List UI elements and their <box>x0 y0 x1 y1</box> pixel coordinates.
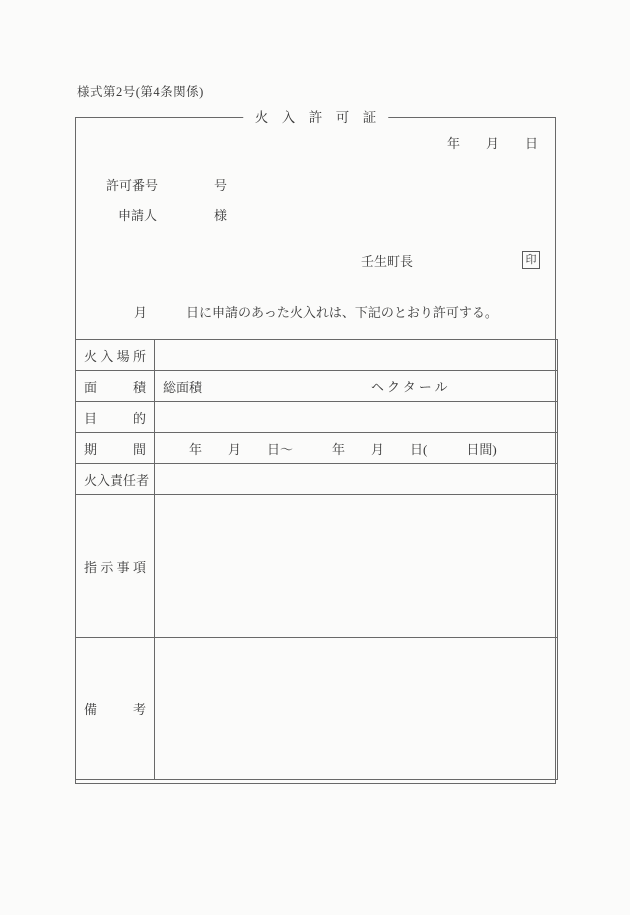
responsible-person-value-cell <box>155 464 558 495</box>
table-row-area: 面積 総面積 ヘクタール <box>76 371 558 402</box>
area-label-cell: 面積 <box>76 371 155 402</box>
fire-location-value-cell <box>155 340 558 371</box>
purpose-label-cell: 目的 <box>76 402 155 433</box>
purpose-label: 目的 <box>84 408 146 427</box>
period-date-template: 年 月 日〜 年 月 日( 日間) <box>163 442 497 457</box>
document-page: 様式第2号(第4条関係) 火 入 許 可 証 年 月 日 許可番号 号 申請人 … <box>0 0 630 915</box>
fire-location-label-cell: 火入場所 <box>76 340 155 371</box>
permit-certificate-box: 火 入 許 可 証 年 月 日 許可番号 号 申請人 様 壬生町長 印 月 日に… <box>75 117 556 784</box>
remarks-value-cell <box>155 638 558 780</box>
permit-number-label: 許可番号 <box>106 175 158 194</box>
hectare-unit-label: ヘクタール <box>371 377 450 396</box>
table-row-instructions: 指示事項 <box>76 495 558 638</box>
instructions-label-cell: 指示事項 <box>76 495 155 638</box>
issuer-name: 壬生町長 <box>361 251 413 270</box>
period-value-cell: 年 月 日〜 年 月 日( 日間) <box>155 433 558 464</box>
period-label: 期間 <box>84 439 146 458</box>
responsible-person-label-cell: 火入責任者 <box>76 464 155 495</box>
permit-number-suffix: 号 <box>214 175 227 194</box>
responsible-person-label: 火入責任者 <box>84 470 146 489</box>
instructions-label: 指示事項 <box>84 557 146 576</box>
table-row-period: 期間 年 月 日〜 年 月 日( 日間) <box>76 433 558 464</box>
area-value-cell: 総面積 ヘクタール <box>155 371 558 402</box>
table-row-fire-location: 火入場所 <box>76 340 558 371</box>
purpose-value-cell <box>155 402 558 433</box>
area-label: 面積 <box>84 377 146 396</box>
certificate-title: 火 入 許 可 証 <box>243 108 389 127</box>
applicant-label: 申請人 <box>118 205 157 224</box>
applicant-suffix: 様 <box>214 205 227 224</box>
seal-character: 印 <box>526 255 537 266</box>
instructions-value-cell <box>155 495 558 638</box>
period-label-cell: 期間 <box>76 433 155 464</box>
remarks-label: 備考 <box>84 699 146 718</box>
table-row-purpose: 目的 <box>76 402 558 433</box>
seal-mark-icon: 印 <box>522 251 540 269</box>
table-row-remarks: 備考 <box>76 638 558 780</box>
form-code: 様式第2号(第4条関係) <box>77 82 204 100</box>
remarks-label-cell: 備考 <box>76 638 155 780</box>
permit-details-table: 火入場所 面積 総面積 ヘクタール 目的 <box>75 339 558 780</box>
permission-statement: 月 日に申請のあった火入れは、下記のとおり許可する。 <box>134 302 498 321</box>
issue-date-line: 年 月 日 <box>447 133 538 152</box>
fire-location-label: 火入場所 <box>84 346 146 365</box>
table-row-responsible-person: 火入責任者 <box>76 464 558 495</box>
total-area-label: 総面積 <box>163 380 202 395</box>
